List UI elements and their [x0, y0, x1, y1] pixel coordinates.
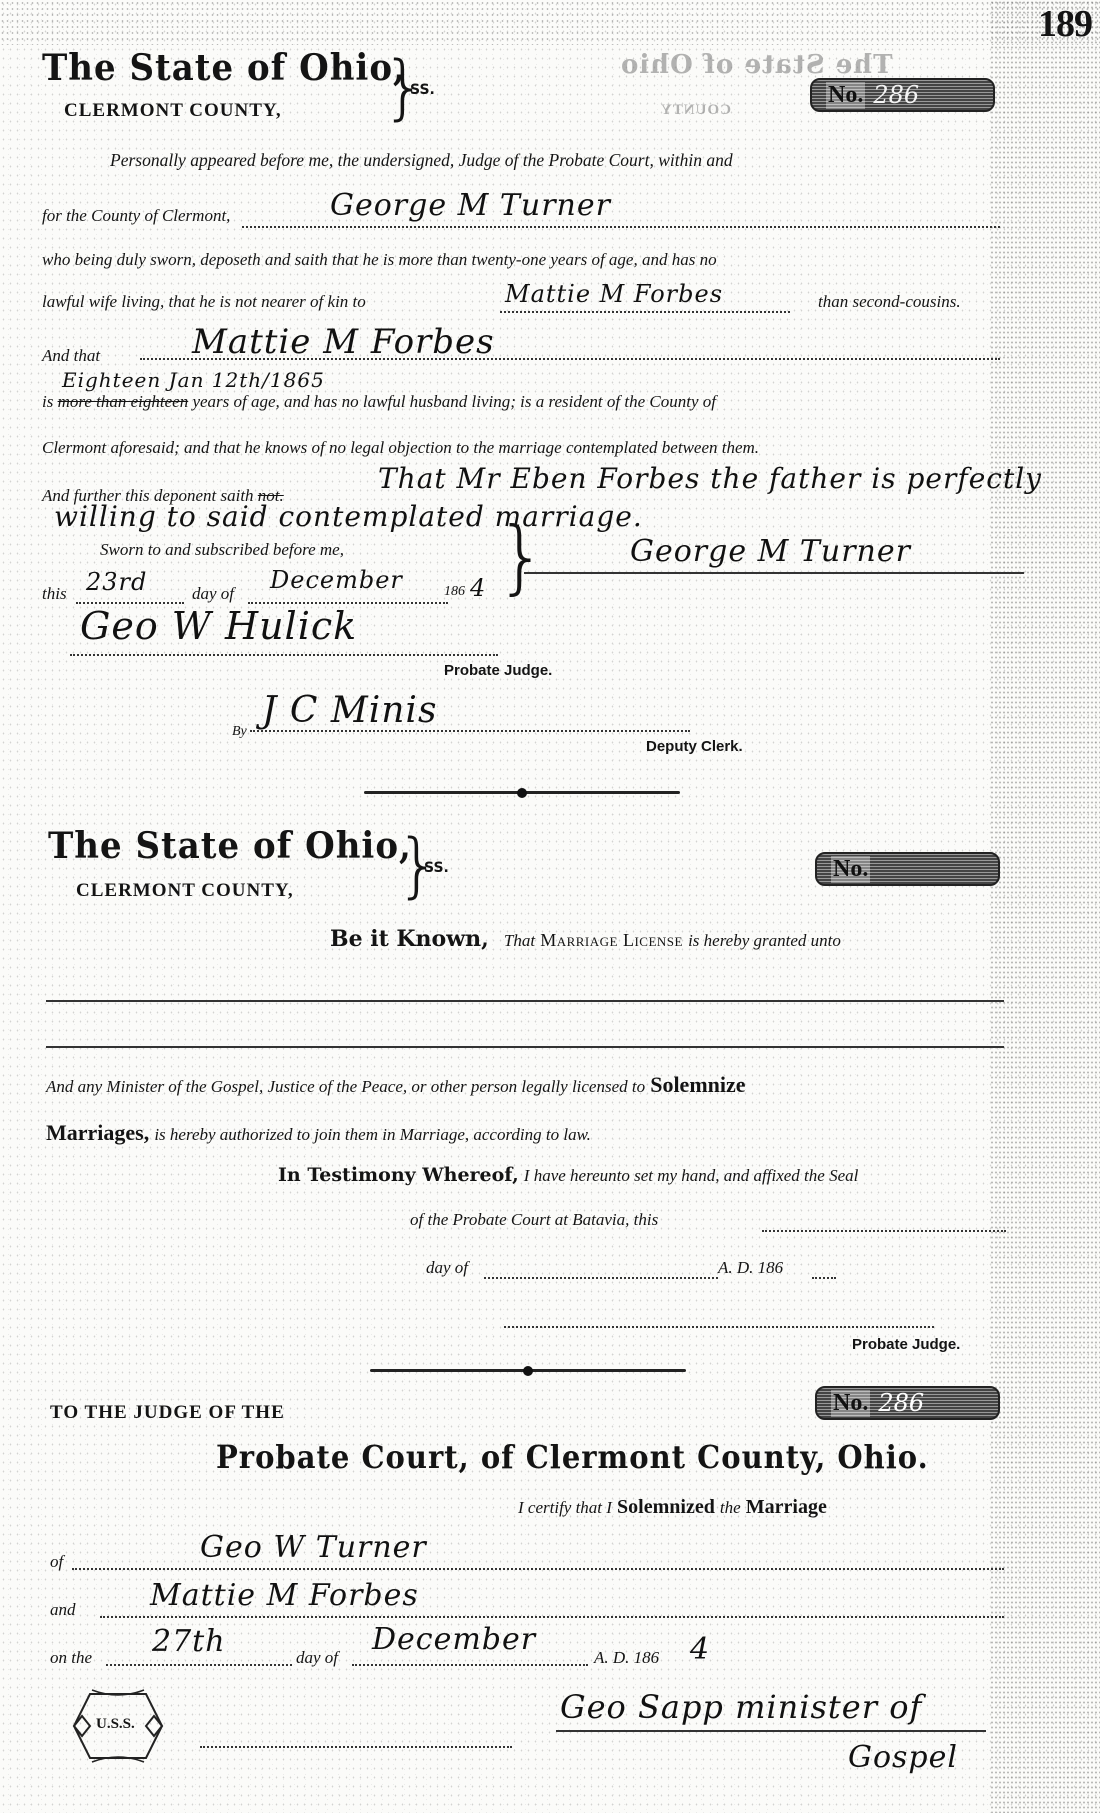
license-probate-judge-label: Probate Judge. [852, 1336, 960, 1353]
seal-day-line [762, 1230, 1006, 1232]
bleed-through-county: COUNTY [660, 102, 731, 119]
seal-line-text: of the Probate Court at Batavia, this [410, 1210, 658, 1230]
affidavit-line-6: is more than eighteen years of age, and … [42, 392, 716, 412]
return-number-badge: No. 286 [815, 1386, 1000, 1420]
be-it-known: Be it Known, [330, 926, 489, 952]
this-label: this [42, 584, 67, 604]
licensee-line-2 [46, 1046, 1004, 1048]
applicant-name-line [242, 226, 1000, 228]
uss-stamp: U.S.S. [70, 1686, 166, 1766]
applicant-name: George M Turner [330, 188, 611, 223]
licensee-line-1 [46, 1000, 1004, 1002]
license-day-of-label: day of [426, 1258, 468, 1278]
age-annotation: Eighteen Jan 12th/1865 [62, 368, 325, 392]
sworn-text: Sworn to and subscribed before me, [100, 540, 344, 560]
return-month: December [372, 1622, 536, 1657]
license-month-line [484, 1277, 718, 1279]
license-grant-line: Be it Known, That Marriage License is he… [330, 926, 841, 952]
kin-name-line [500, 311, 790, 313]
license-authorized-line: Marriages, is hereby authorized to join … [46, 1120, 591, 1146]
license-county-heading: CLERMONT COUNTY, [76, 880, 294, 902]
bleed-through-heading: The State of Ohio [620, 50, 892, 80]
testimony-heading: In Testimony Whereof, [278, 1164, 519, 1186]
bride-name: Mattie M Forbes [192, 322, 495, 362]
number-badge: No. 286 [810, 78, 995, 112]
that-word: That [504, 931, 535, 950]
sworn-brace: } [496, 522, 547, 592]
marriage-license-caps: Marriage License [540, 930, 683, 950]
court-heading: Probate Court, of Clermont County, Ohio. [216, 1439, 929, 1476]
authorized-text: is hereby authorized to join them in Mar… [154, 1125, 591, 1144]
is-word: is [42, 392, 53, 411]
return-number-value: 286 [878, 1389, 924, 1417]
license-ss-label: SS. [424, 860, 449, 876]
deponent-statement-1: That Mr Eben Forbes the father is perfec… [378, 462, 1042, 495]
year-prefix: 186 [444, 584, 465, 600]
county-heading: CLERMONT COUNTY, [64, 100, 282, 122]
number-label: No. [826, 82, 865, 109]
affidavit-line-5-prefix: And that [42, 346, 100, 366]
minister-text: And any Minister of the Gospel, Justice … [46, 1077, 645, 1096]
license-minister-line: And any Minister of the Gospel, Justice … [46, 1072, 746, 1098]
affidavit-line-1: Personally appeared before me, the under… [110, 150, 733, 171]
deponent-statement-2: willing to said contemplated marriage. [54, 500, 643, 533]
return-day-of-label: day of [296, 1648, 338, 1668]
clerk-signature: J C Minis [262, 690, 437, 731]
return-day: 27th [152, 1624, 226, 1659]
affidavit-line-2-prefix: for the County of Clermont, [42, 206, 230, 226]
to-judge-heading: TO THE JUDGE OF THE [50, 1402, 285, 1424]
sworn-day: 23rd [86, 568, 147, 596]
bride-line [100, 1616, 1004, 1618]
probate-judge-label: Probate Judge. [444, 662, 552, 679]
marriage-word: Marriage [746, 1496, 827, 1518]
minister-signature-2: Gospel [848, 1740, 958, 1775]
paper-texture-top [0, 0, 1100, 45]
license-state-heading: The State of Ohio, [48, 824, 412, 867]
certify-text: I certify that I [518, 1498, 612, 1517]
affidavit-line-3: who being duly sworn, deposeth and saith… [42, 250, 717, 270]
affidavit-line-7: Clermont aforesaid; and that he knows of… [42, 438, 759, 458]
of-label: of [50, 1552, 63, 1572]
deputy-clerk-label: Deputy Clerk. [646, 738, 743, 755]
testimony-line: In Testimony Whereof, I have hereunto se… [278, 1164, 858, 1186]
minister-signature: Geo Sapp minister of [560, 1688, 922, 1726]
license-year-line [812, 1277, 836, 1279]
groom-name: Geo W Turner [200, 1530, 427, 1565]
license-ad-label: A. D. 186 [718, 1258, 783, 1278]
kin-name: Mattie M Forbes [505, 280, 723, 308]
year-suffix: 4 [470, 574, 486, 602]
certify-line: I certify that I Solemnized the Marriage [518, 1496, 827, 1519]
stamp-text: U.S.S. [96, 1716, 135, 1733]
state-heading: The State of Ohio, [42, 46, 406, 89]
struck-text: more than eighteen [58, 392, 189, 411]
solemnize-word: Solemnize [650, 1072, 745, 1097]
section-divider-2 [370, 1369, 686, 1372]
affidavit-line-4-suffix: than second-cousins. [818, 292, 961, 312]
the-word: the [720, 1498, 741, 1517]
license-number-label: No. [831, 856, 870, 883]
page-number: 189 [1038, 2, 1092, 46]
paper-texture-right [990, 0, 1100, 1813]
deponent-signature: George M Turner [630, 534, 911, 569]
return-year-suffix: 4 [690, 1632, 710, 1667]
number-value: 286 [873, 81, 919, 109]
license-judge-line [504, 1326, 934, 1328]
ss-label: SS. [410, 82, 435, 98]
return-day-line [106, 1664, 292, 1666]
minister-signature-line [556, 1730, 986, 1732]
line-6-rest: years of age, and has no lawful husband … [192, 392, 716, 411]
day-of-label: day of [192, 584, 234, 604]
deponent-signature-line [524, 572, 1024, 574]
return-month-line [352, 1664, 588, 1666]
and-label: and [50, 1600, 76, 1620]
testimony-rest: I have hereunto set my hand, and affixed… [524, 1166, 859, 1185]
judge-signature-line [70, 654, 498, 656]
affidavit-line-4-prefix: lawful wife living, that he is not neare… [42, 292, 366, 312]
section-divider [364, 791, 680, 794]
judge-signature: Geo W Hulick [80, 604, 357, 648]
stamp-line [200, 1746, 512, 1748]
groom-line [72, 1568, 1004, 1570]
grant-rest: is hereby granted unto [688, 931, 841, 950]
marriages-word: Marriages, [46, 1120, 149, 1145]
return-number-label: No. [831, 1390, 870, 1417]
sworn-month: December [270, 566, 403, 594]
paper-texture [0, 0, 1100, 1813]
return-ad-label: A. D. 186 [594, 1648, 659, 1668]
on-the-label: on the [50, 1648, 92, 1668]
by-label: By [232, 724, 247, 740]
solemnized-word: Solemnized [617, 1496, 715, 1518]
bride-name-return: Mattie M Forbes [150, 1578, 419, 1613]
license-number-badge: No. [815, 852, 1000, 886]
